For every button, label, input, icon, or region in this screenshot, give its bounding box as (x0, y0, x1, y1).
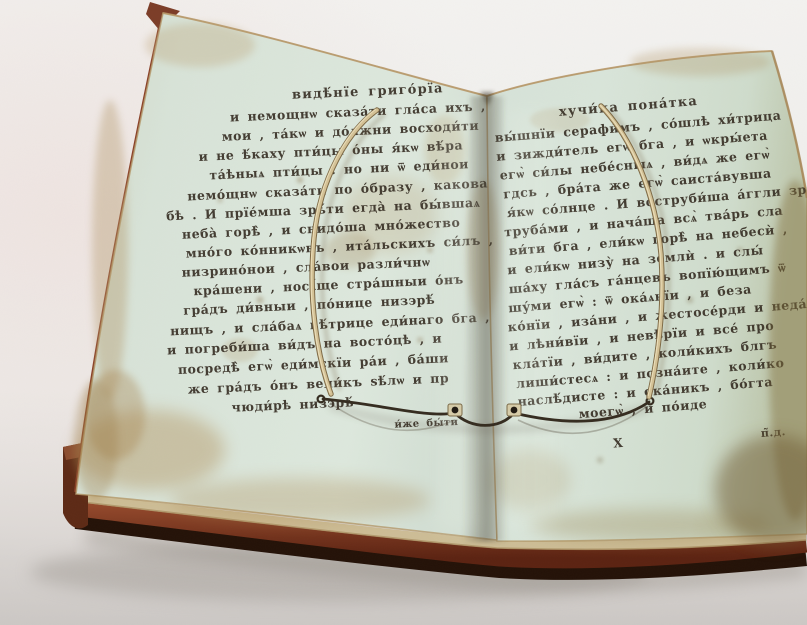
photo-stage: видѣ́нїе григо́рїа и немощнѡ сказа́ти гл… (0, 0, 807, 625)
photo-svg: видѣ́нїе григо́рїа и немощнѡ сказа́ти гл… (0, 0, 807, 625)
grain-overlay (0, 0, 807, 625)
